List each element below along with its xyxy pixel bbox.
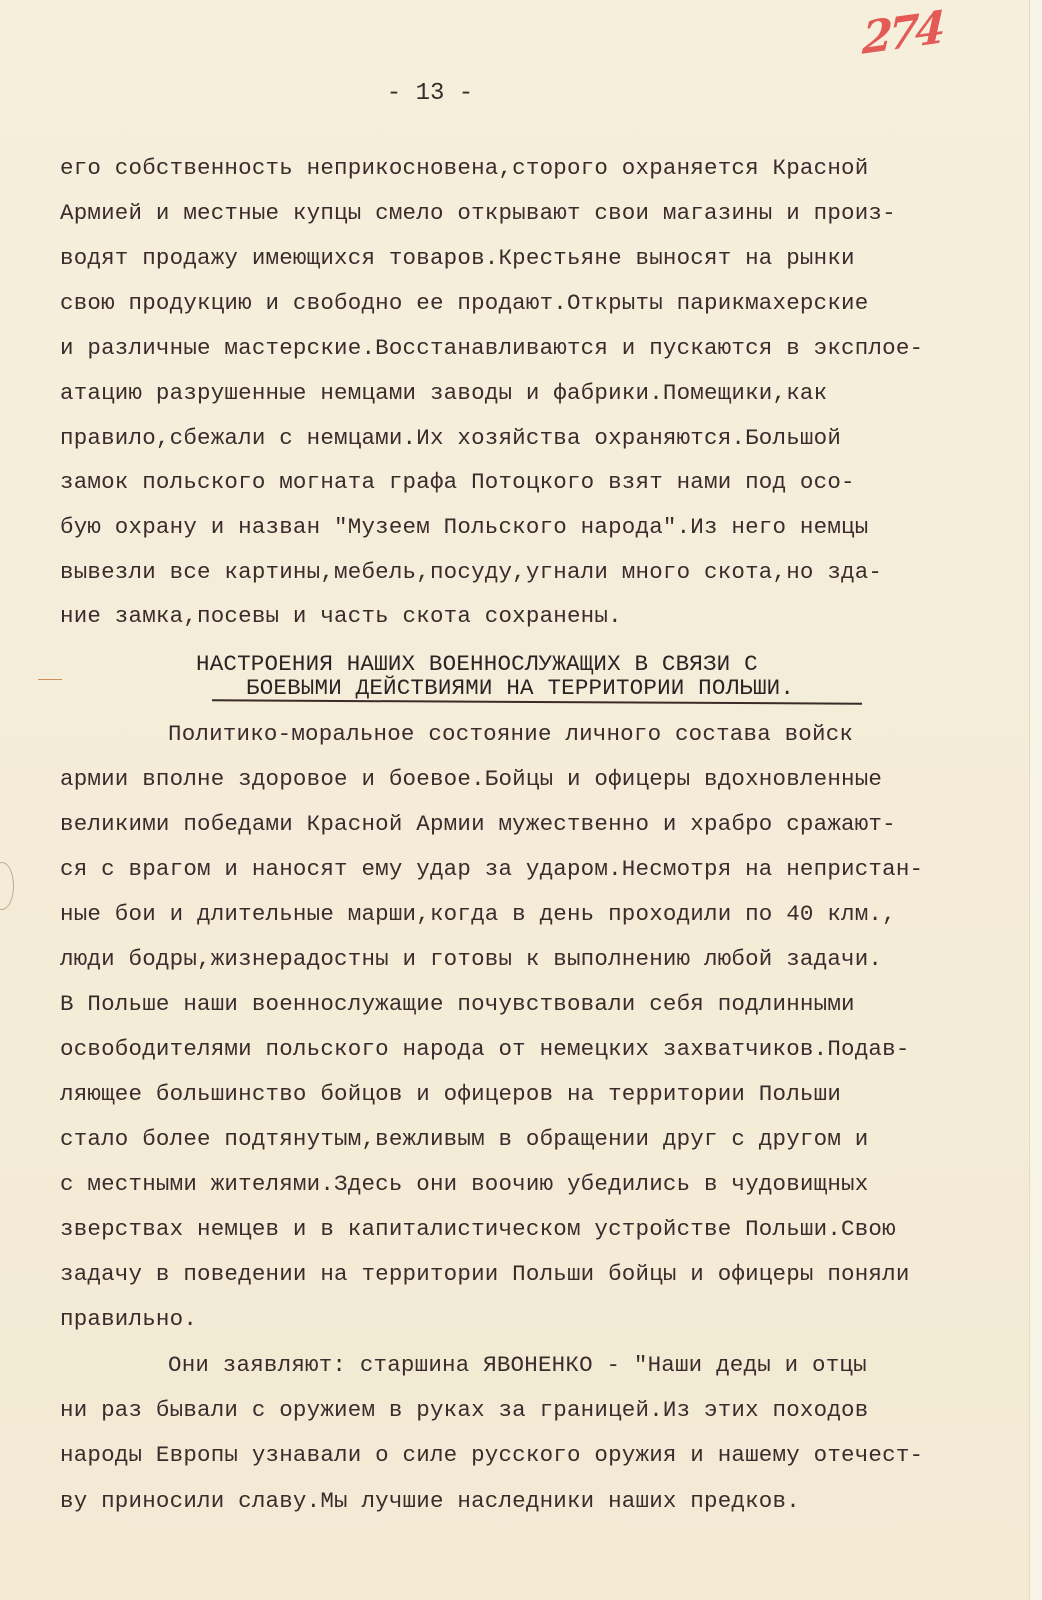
body-line: народы Европы узнавали о силе русского о… bbox=[60, 1440, 923, 1470]
body-line: Они заявляют: старшина ЯВОНЕНКО - "Наши … bbox=[168, 1350, 867, 1380]
body-line: Армией и местные купцы смело открывают с… bbox=[60, 198, 896, 228]
page-number: - 13 - bbox=[360, 80, 500, 107]
body-line: освободителями польского народа от немец… bbox=[60, 1034, 910, 1064]
body-line: водят продажу имеющихся товаров.Крестьян… bbox=[60, 243, 855, 273]
body-line: правило,сбежали с немцами.Их хозяйства о… bbox=[60, 423, 841, 453]
body-line: задачу в поведении на территории Польши … bbox=[60, 1259, 910, 1289]
body-line: ляющее большинство бойцов и офицеров на … bbox=[60, 1079, 841, 1109]
body-line: и различные мастерские.Восстанавливаются… bbox=[60, 333, 923, 363]
paper-stain bbox=[0, 862, 14, 910]
body-line: стало более подтянутым,вежливым в обраще… bbox=[60, 1124, 868, 1154]
body-line: ние замка,посевы и часть скота сохранены… bbox=[60, 601, 622, 631]
section-heading-line-2: БОЕВЫМИ ДЕЙСТВИЯМИ НА ТЕРРИТОРИИ ПОЛЬШИ. bbox=[246, 675, 794, 701]
body-line: с местными жителями.Здесь они воочию убе… bbox=[60, 1169, 868, 1199]
body-line: замок польского могната графа Потоцкого … bbox=[60, 467, 855, 497]
body-line: бую охрану и назван "Музеем Польского на… bbox=[60, 512, 868, 542]
body-line: ся с врагом и наносят ему удар за ударом… bbox=[60, 854, 923, 884]
body-line: армии вполне здоровое и боевое.Бойцы и о… bbox=[60, 764, 882, 794]
document-page: 274 - 13 - его собственность неприкоснов… bbox=[0, 0, 1042, 1600]
body-line: атацию разрушенные немцами заводы и фабр… bbox=[60, 378, 827, 408]
section-heading-line-1: НАСТРОЕНИЯ НАШИХ ВОЕННОСЛУЖАЩИХ В СВЯЗИ … bbox=[196, 651, 758, 677]
body-line: люди бодры,жизнерадостны и готовы к выпо… bbox=[60, 944, 882, 974]
body-line: великими победами Красной Армии мужестве… bbox=[60, 809, 896, 839]
body-line: ву приносили славу.Мы лучшие наследники … bbox=[60, 1486, 800, 1516]
margin-pencil-mark bbox=[38, 679, 62, 680]
body-line: ные бои и длительные марши,когда в день … bbox=[60, 899, 896, 929]
body-line: вывезли все картины,мебель,посуду,угнали… bbox=[60, 557, 882, 587]
body-line: В Польше наши военнослужащие почувствова… bbox=[60, 989, 855, 1019]
body-line: правильно. bbox=[60, 1304, 197, 1334]
body-line: ни раз бывали с оружием в руках за грани… bbox=[60, 1395, 868, 1425]
archive-folio-number: 274 bbox=[861, 2, 942, 65]
body-line: его собственность неприкосновена,сторого… bbox=[60, 153, 868, 183]
body-line: свою продукцию и свободно ее продают.Отк… bbox=[60, 288, 868, 318]
body-line: Политико-моральное состояние личного сос… bbox=[168, 719, 853, 749]
body-line: зверствах немцев и в капиталистическом у… bbox=[60, 1214, 896, 1244]
page-edge bbox=[1029, 0, 1042, 1600]
